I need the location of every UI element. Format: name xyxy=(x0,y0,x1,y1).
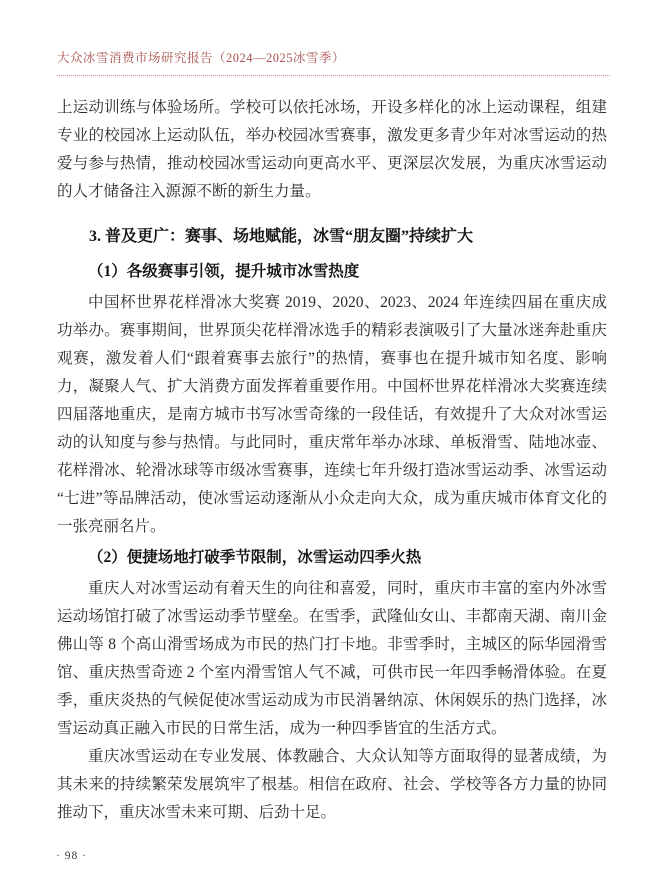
body-paragraph: 重庆人对冰雪运动有着天生的向往和喜爱，同时，重庆市丰富的室内外冰雪运动场馆打破了… xyxy=(57,575,607,743)
page-number: · 98 · xyxy=(56,850,87,862)
subsection-heading: （1）各级赛事引领，提升城市冰雪热度 xyxy=(57,258,607,286)
document-body: 上运动训练与体验场所。学校可以依托冰场，开设多样化的冰上运动课程，组建专业的校园… xyxy=(57,94,607,827)
body-paragraph: 上运动训练与体验场所。学校可以依托冰场，开设多样化的冰上运动课程，组建专业的校园… xyxy=(57,94,607,206)
section-heading: 3. 普及更广：赛事、场地赋能，冰雪“朋友圈”持续扩大 xyxy=(57,223,607,251)
report-title: 大众冰雪消费市场研究报告（2024—2025冰雪季） xyxy=(57,48,610,75)
page-header: 大众冰雪消费市场研究报告（2024—2025冰雪季） xyxy=(57,48,610,76)
subsection-heading: （2）便捷场地打破季节限制，冰雪运动四季火热 xyxy=(57,544,607,572)
document-page: 大众冰雪消费市场研究报告（2024—2025冰雪季） 上运动训练与体验场所。学校… xyxy=(0,0,660,896)
body-paragraph: 重庆冰雪运动在专业发展、体教融合、大众认知等方面取得的显著成绩，为其未来的持续繁… xyxy=(57,743,607,827)
body-paragraph: 中国杯世界花样滑冰大奖赛 2019、2020、2023、2024 年连续四届在重… xyxy=(57,289,607,541)
header-divider xyxy=(57,75,610,76)
